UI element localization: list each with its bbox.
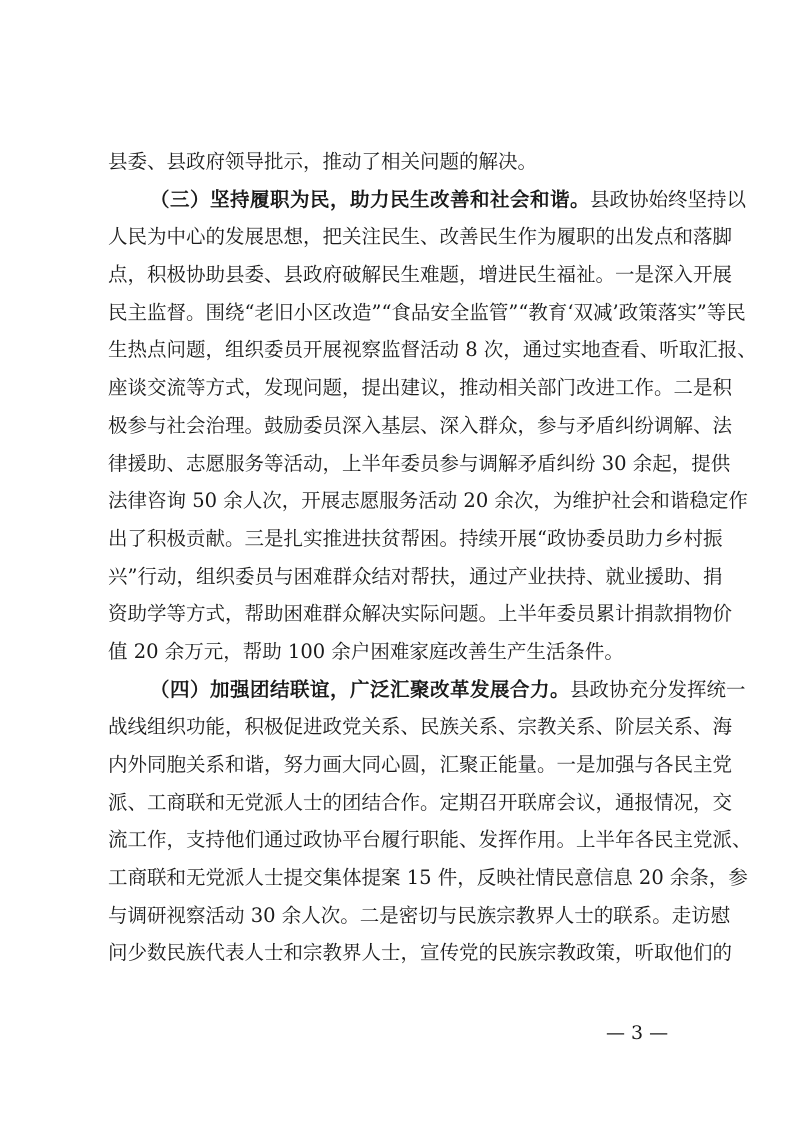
section-3-line: 律援助、志愿服务等活动，上半年委员参与调解矛盾纠纷 30 余起，提供: [108, 445, 692, 483]
section-4-first-line: （四）加强团结联谊，广泛汇聚改革发展合力。县政协充分发挥统一: [108, 671, 692, 709]
section-3-line: 民主监督。围绕“老旧小区改造”“食品安全监管”“教育‘双减’政策落实”等民: [108, 294, 692, 332]
section-3-line: 资助学等方式，帮助困难群众解决实际问题。上半年委员累计捐款捐物价: [108, 595, 692, 633]
section-3-line: 点，积极协助县委、县政府破解民生难题，增进民生福祉。一是深入开展: [108, 256, 692, 294]
page-number: — 3 —: [606, 1022, 668, 1044]
section-3-line: 座谈交流等方式，发现问题，提出建议，推动相关部门改进工作。二是积: [108, 369, 692, 407]
document-page: 县委、县政府领导批示，推动了相关问题的解决。 （三）坚持履职为民，助力民生改善和…: [0, 0, 793, 1122]
section-4-heading: （四）加强团结联谊，广泛汇聚改革发展合力。: [150, 678, 570, 701]
document-body: 县委、县政府领导批示，推动了相关问题的解决。 （三）坚持履职为民，助力民生改善和…: [108, 143, 692, 972]
section-4-line-text: 县政协充分发挥统一: [570, 678, 746, 701]
section-3-line: 生热点问题，组织委员开展视察监督活动 8 次，通过实地查看、听取汇报、: [108, 331, 692, 369]
section-3-heading: （三）坚持履职为民，助力民生改善和社会和谐。: [150, 188, 590, 211]
section-4-line: 战线组织功能，积极促进政党关系、民族关系、宗教关系、阶层关系、海: [108, 708, 692, 746]
section-4-line: 与调研视察活动 30 余人次。二是密切与民族宗教界人士的联系。走访慰: [108, 897, 692, 935]
section-4-line: 流工作，支持他们通过政协平台履行职能、发挥作用。上半年各民主党派、: [108, 821, 692, 859]
section-4-line: 内外同胞关系和谐，努力画大同心圆，汇聚正能量。一是加强与各民主党: [108, 746, 692, 784]
section-3-line: 法律咨询 50 余人次，开展志愿服务活动 20 余次，为维护社会和谐稳定作: [108, 482, 692, 520]
section-4-line: 问少数民族代表人士和宗教界人士，宣传党的民族宗教政策，听取他们的: [108, 934, 692, 972]
section-3-first-line: （三）坚持履职为民，助力民生改善和社会和谐。县政协始终坚持以: [108, 181, 692, 219]
paragraph-continuation-line: 县委、县政府领导批示，推动了相关问题的解决。: [108, 143, 692, 181]
section-3-line: 兴”行动，组织委员与困难群众结对帮扶，通过产业扶持、就业援助、捐: [108, 558, 692, 596]
section-4-line: 工商联和无党派人士提交集体提案 15 件，反映社情民意信息 20 余条，参: [108, 859, 692, 897]
section-3-line-text: 县政协始终坚持以: [590, 188, 746, 211]
section-4-line: 派、工商联和无党派人士的团结合作。定期召开联席会议，通报情况，交: [108, 784, 692, 822]
section-3-line: 人民为中心的发展思想，把关注民生、改善民生作为履职的出发点和落脚: [108, 218, 692, 256]
section-3-line: 出了积极贡献。三是扎实推进扶贫帮困。持续开展“政协委员助力乡村振: [108, 520, 692, 558]
section-3-line-last: 值 20 余万元，帮助 100 余户困难家庭改善生产生活条件。: [108, 633, 692, 671]
section-3-line: 极参与社会治理。鼓励委员深入基层、深入群众，参与矛盾纠纷调解、法: [108, 407, 692, 445]
